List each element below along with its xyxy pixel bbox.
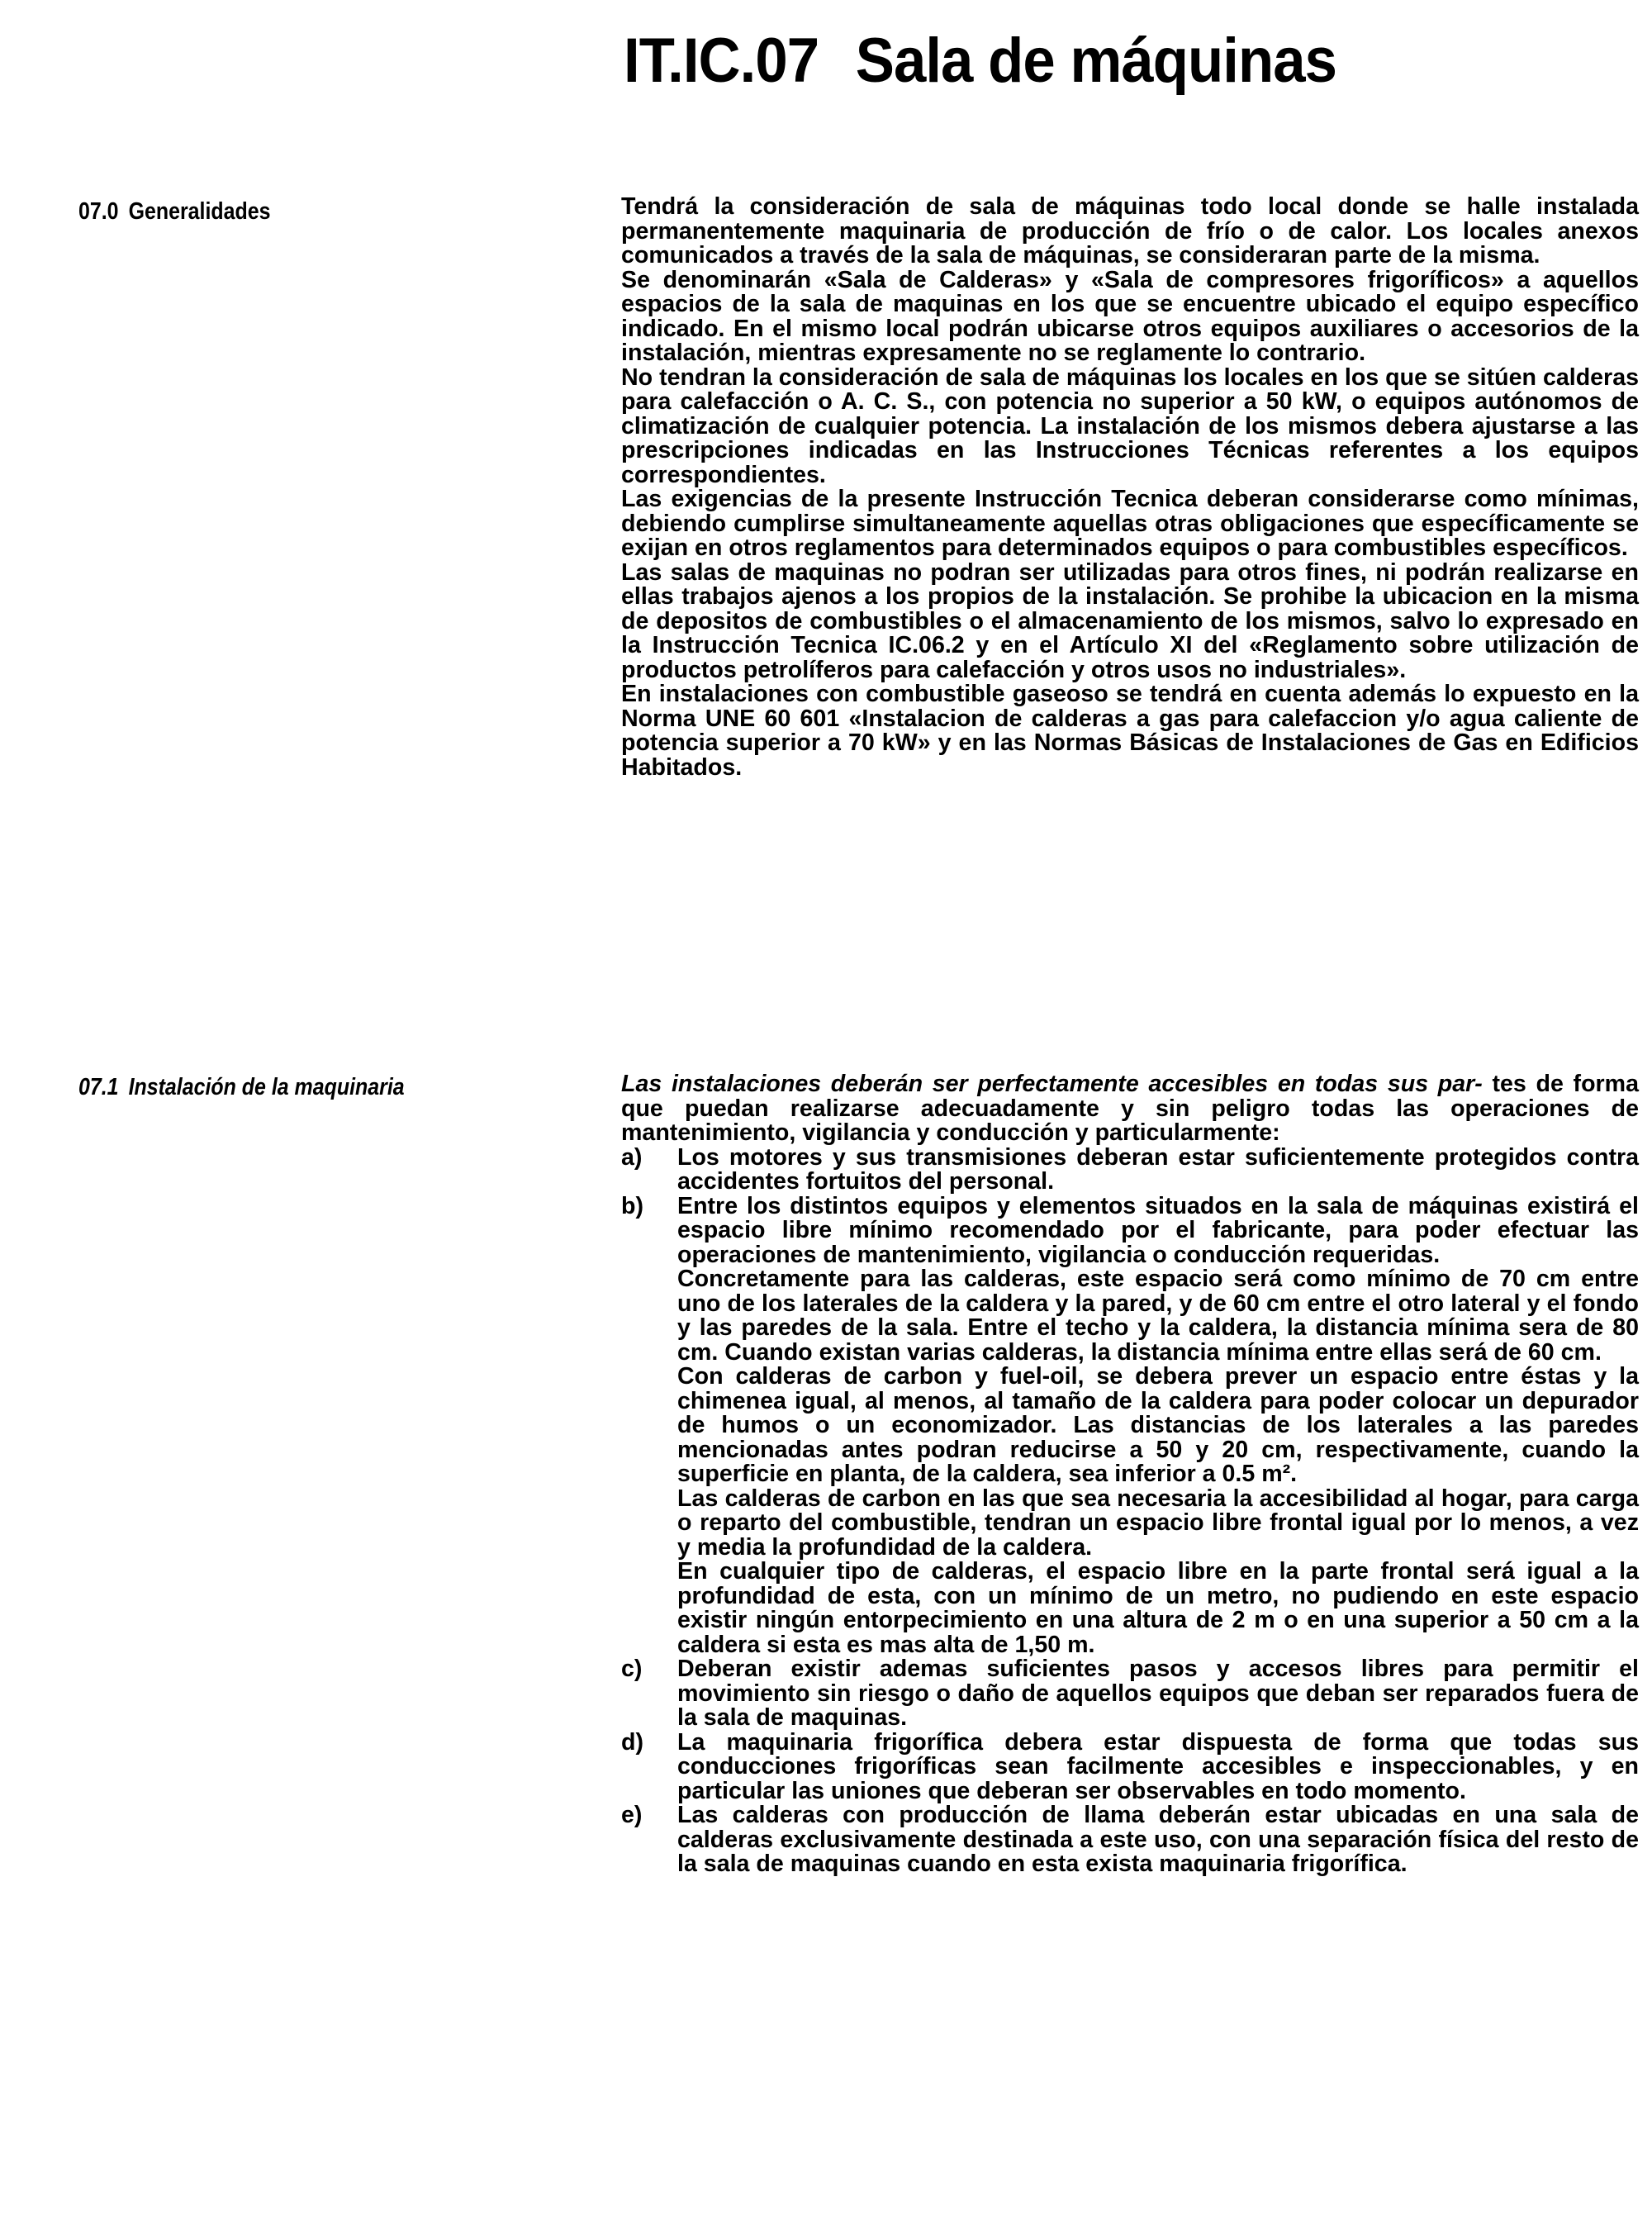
- instruction-code: IT.IC.07: [624, 26, 819, 96]
- paragraph: Tendrá la consideración de sala de máqui…: [621, 195, 1639, 268]
- section-heading-07-0: 07.0Generalidades: [78, 198, 270, 226]
- paragraph: Las exigencias de la presente Instrucció…: [621, 487, 1639, 561]
- paragraph: En instalaciones con combustible gaseoso…: [621, 682, 1639, 780]
- intro-paragraph: Las instalaciones deberán ser perfectame…: [621, 1072, 1639, 1146]
- list-item-a: a) Los motores y sus transmisiones deber…: [621, 1146, 1639, 1195]
- page-title: IT.IC.07Sala de máquinas: [624, 25, 1336, 97]
- list-item-d: d) La maquinaria frigorífica debera esta…: [621, 1731, 1639, 1804]
- section-heading-07-1: 07.1Instalación de la maquinaria: [78, 1074, 405, 1101]
- paragraph: Las salas de maquinas no podran ser util…: [621, 561, 1639, 683]
- section-body-instalacion: Las instalaciones deberán ser perfectame…: [621, 1072, 1639, 1877]
- list-item-e: e) Las calderas con producción de llama …: [621, 1803, 1639, 1877]
- list-item-b: b) Entre los distintos equipos y element…: [621, 1195, 1639, 1658]
- paragraph: Se denominarán «Sala de Calderas» y «Sal…: [621, 268, 1639, 366]
- list-item-c: c) Deberan existir ademas suficientes pa…: [621, 1657, 1639, 1731]
- section-body-generalidades: Tendrá la consideración de sala de máqui…: [621, 195, 1639, 780]
- instruction-title: Sala de máquinas: [856, 26, 1336, 96]
- requirements-list: a) Los motores y sus transmisiones deber…: [621, 1146, 1639, 1877]
- paragraph: No tendran la consideración de sala de m…: [621, 366, 1639, 488]
